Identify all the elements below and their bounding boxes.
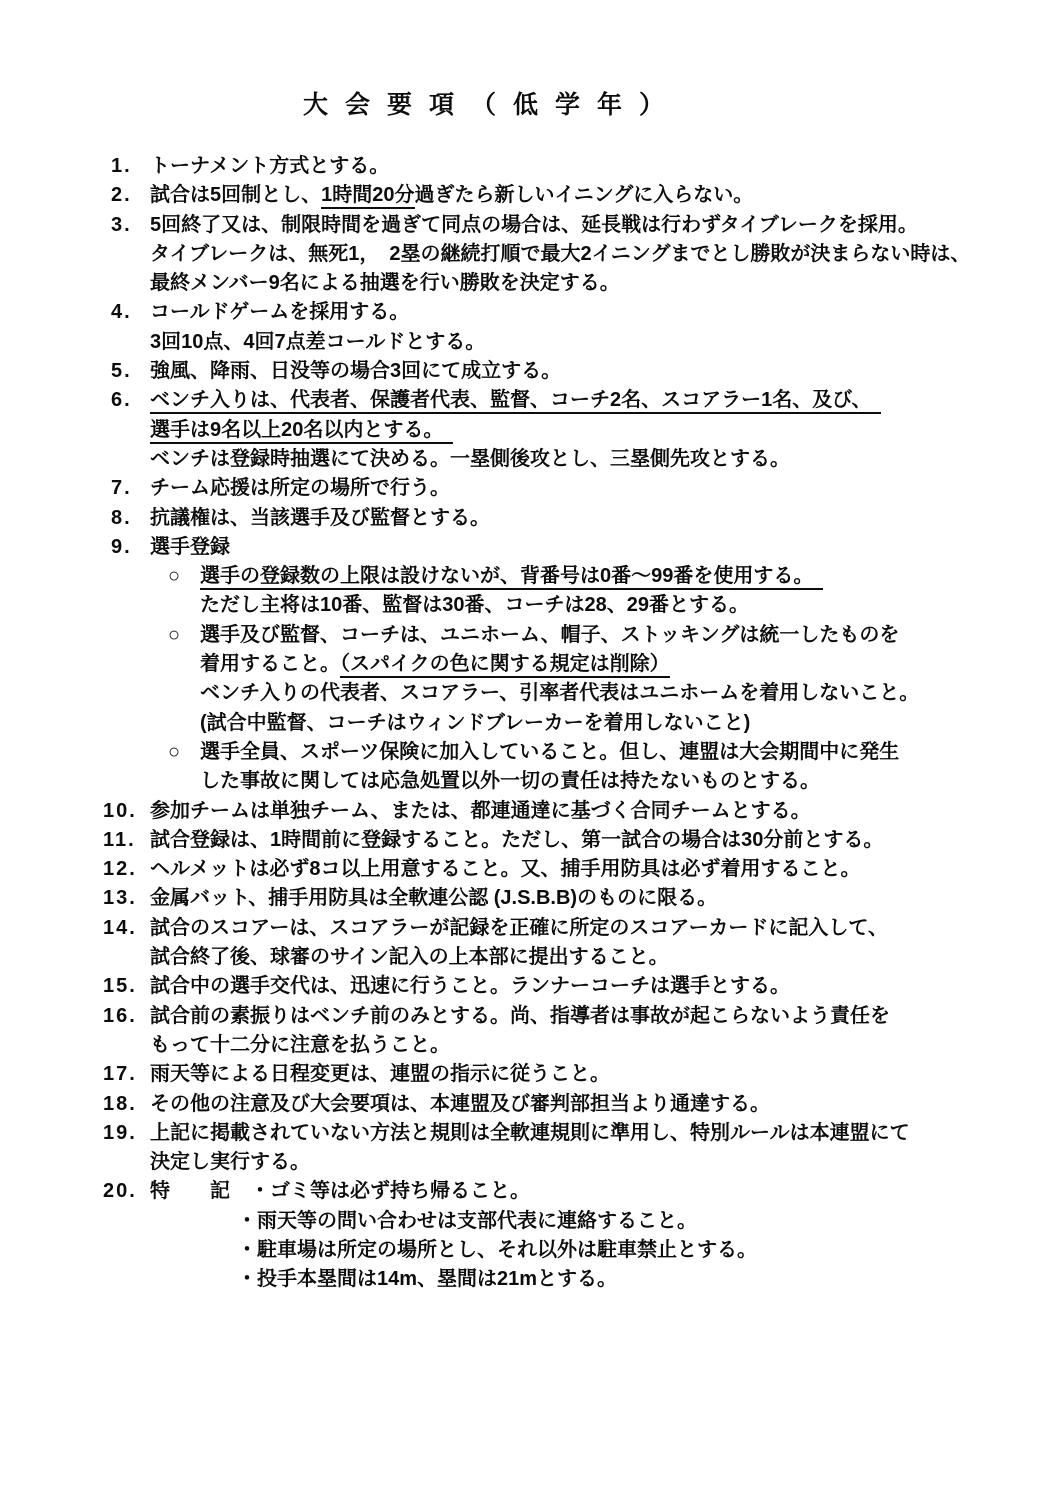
item-number: 16. xyxy=(103,1002,150,1031)
text-segment: 選手全員、スポーツ保険に加入していること。但し、連盟は大会期間中に発生 xyxy=(200,741,899,763)
rule-20-note-2: ・雨天等の問い合わせは支部代表に連絡すること。 xyxy=(0,1207,1058,1236)
line-text: 選手の登録数の上限は設けないが、背番号は0番～99番を使用する。 xyxy=(200,562,823,591)
line-text: 上記に掲載されていない方法と規則は全軟連規則に準用し、特別ルールは本連盟にて xyxy=(150,1119,910,1148)
text-segment: 決定し実行する。 xyxy=(150,1151,310,1173)
rule-20-note-3: ・駐車場は所定の場所とし、それ以外は駐車禁止とする。 xyxy=(0,1236,1058,1265)
line-text: ただし主将は10番、監督は30番、コーチは28、29番とする。 xyxy=(200,591,749,620)
text-segment: 最終メンバー9名による抽選を行い勝敗を決定する。 xyxy=(150,272,620,294)
rule-14: 14.試合のスコアーは、スコアラーが記録を正確に所定のスコアーカードに記入して、 xyxy=(0,914,1058,943)
rule-20: 20.特 記 ・ゴミ等は必ず持ち帰ること。 xyxy=(0,1177,1058,1206)
line-text: 試合中の選手交代は、迅速に行うこと。ランナーコーチは選手とする。 xyxy=(150,972,790,1001)
text-segment: 過ぎたら新しいイニングに入らない。 xyxy=(415,184,754,206)
rule-2: 2.試合は5回制とし、1時間20分過ぎたら新しいイニングに入らない。 xyxy=(0,181,1058,210)
line-text: 試合登録は、1時間前に登録すること。ただし、第一試合の場合は30分前とする。 xyxy=(150,826,883,855)
rule-3-cont-1: タイブレークは、無死1， 2塁の継続打順で最大2イニングまでとし勝敗が決まらない… xyxy=(0,240,1058,269)
line-text: 抗議権は、当該選手及び監督とする。 xyxy=(150,504,490,533)
underlined-text: 1時間20分 xyxy=(321,184,414,209)
line-text: ヘルメットは必ず8コ以上用意すること。又、捕手用防具は必ず着用すること。 xyxy=(150,855,861,884)
rule-14-cont-1: 試合終了後、球審のサイン記入の上本部に提出すること。 xyxy=(0,943,1058,972)
item-number: 6. xyxy=(103,386,150,415)
line-text: 決定し実行する。 xyxy=(150,1148,310,1177)
line-text: もって十二分に注意を払うこと。 xyxy=(150,1031,450,1060)
text-segment: ・投手本塁間は14m、塁間は21mとする。 xyxy=(237,1268,617,1290)
text-segment: タイブレークは、無死1， 2塁の継続打順で最大2イニングまでとし勝敗が決まらない… xyxy=(150,243,970,265)
rule-17: 17.雨天等による日程変更は、連盟の指示に従うこと。 xyxy=(0,1060,1058,1089)
rule-15: 15.試合中の選手交代は、迅速に行うこと。ランナーコーチは選手とする。 xyxy=(0,972,1058,1001)
text-segment: 強風、降雨、日没等の場合3回にて成立する。 xyxy=(150,360,561,382)
line-text: 雨天等による日程変更は、連盟の指示に従うこと。 xyxy=(150,1060,610,1089)
document-page: 大会要項（低学年） 1.トーナメント方式とする。2.試合は5回制とし、1時間20… xyxy=(0,0,1058,1497)
rule-4-cont-1: 3回10点、4回7点差コールドとする。 xyxy=(0,328,1058,357)
text-segment: (試合中監督、コーチはウィンドブレーカーを着用しないこと) xyxy=(200,712,750,734)
line-text: 5回終了又は、制限時間を過ぎて同点の場合は、延長戦は行わずタイブレークを採用。 xyxy=(150,211,918,240)
rule-4: 4.コールドゲームを採用する。 xyxy=(0,298,1058,327)
line-text: (試合中監督、コーチはウィンドブレーカーを着用しないこと) xyxy=(200,709,750,738)
line-text: 選手全員、スポーツ保険に加入していること。但し、連盟は大会期間中に発生 xyxy=(200,738,899,767)
text-segment: 選手及び監督、コーチは、ユニホーム、帽子、ストッキングは統一したものを xyxy=(200,624,899,646)
rule-9-sub-2-cont-2: ベンチ入りの代表者、スコアラー、引率者代表はユニホームを着用しないこと。 xyxy=(0,679,1058,708)
circle-marker: ○ xyxy=(168,562,200,591)
text-segment: ヘルメットは必ず8コ以上用意すること。又、捕手用防具は必ず着用すること。 xyxy=(150,858,861,880)
page-title: 大会要項（低学年） xyxy=(0,88,1058,122)
rule-7: 7.チーム応援は所定の場所で行う。 xyxy=(0,474,1058,503)
rule-20-note-4: ・投手本塁間は14m、塁間は21mとする。 xyxy=(0,1265,1058,1294)
text-segment: 3回10点、4回7点差コールドとする。 xyxy=(150,331,485,353)
rule-3-cont-2: 最終メンバー9名による抽選を行い勝敗を決定する。 xyxy=(0,269,1058,298)
item-number: 20. xyxy=(103,1177,150,1206)
item-number: 10. xyxy=(103,797,150,826)
text-segment: 特 記 ・ゴミ等は必ず持ち帰ること。 xyxy=(150,1180,530,1202)
line-text: タイブレークは、無死1， 2塁の継続打順で最大2イニングまでとし勝敗が決まらない… xyxy=(150,240,970,269)
line-text: 強風、降雨、日没等の場合3回にて成立する。 xyxy=(150,357,561,386)
line-text: ・駐車場は所定の場所とし、それ以外は駐車禁止とする。 xyxy=(237,1236,757,1265)
text-segment: 参加チームは単独チーム、または、都連通達に基づく合同チームとする。 xyxy=(150,800,811,822)
item-number: 14. xyxy=(103,914,150,943)
text-segment: 抗議権は、当該選手及び監督とする。 xyxy=(150,507,490,529)
document-body: 1.トーナメント方式とする。2.試合は5回制とし、1時間20分過ぎたら新しいイニ… xyxy=(0,152,1058,1295)
line-text: ベンチ入りは、代表者、保護者代表、監督、コーチ2名、スコアラー1名、及び、 xyxy=(150,386,881,415)
rule-9-sub-2-cont-1: 着用すること。（スパイクの色に関する規定は削除） xyxy=(0,650,1058,679)
text-segment: 試合のスコアーは、スコアラーが記録を正確に所定のスコアーカードに記入して、 xyxy=(150,917,888,939)
item-number: 8. xyxy=(103,504,150,533)
text-segment: ベンチ入りの代表者、スコアラー、引率者代表はユニホームを着用しないこと。 xyxy=(200,682,919,704)
rule-16: 16.試合前の素振りはベンチ前のみとする。尚、指導者は事故が起こらないよう責任を xyxy=(0,1002,1058,1031)
text-segment: 試合中の選手交代は、迅速に行うこと。ランナーコーチは選手とする。 xyxy=(150,975,790,997)
rule-11: 11.試合登録は、1時間前に登録すること。ただし、第一試合の場合は30分前とする… xyxy=(0,826,1058,855)
rule-6-cont-1: 選手は9名以上20名以内とする。 xyxy=(0,416,1058,445)
line-text: チーム応援は所定の場所で行う。 xyxy=(150,474,450,503)
item-number: 13. xyxy=(103,884,150,913)
text-segment: ・駐車場は所定の場所とし、それ以外は駐車禁止とする。 xyxy=(237,1239,757,1261)
line-text: 選手登録 xyxy=(150,533,230,562)
item-number: 2. xyxy=(103,181,150,210)
underlined-text: ベンチ入りは、代表者、保護者代表、監督、コーチ2名、スコアラー1名、及び、 xyxy=(150,389,881,414)
line-text: 試合前の素振りはベンチ前のみとする。尚、指導者は事故が起こらないよう責任を xyxy=(150,1002,890,1031)
rule-6-cont-2: ベンチは登録時抽選にて決める。一塁側後攻とし、三塁側先攻とする。 xyxy=(0,445,1058,474)
text-segment: ・雨天等の問い合わせは支部代表に連絡すること。 xyxy=(237,1210,697,1232)
rule-9-sub-3-cont: した事故に関しては応急処置以外一切の責任は持たないものとする。 xyxy=(0,767,1058,796)
rule-16-cont-1: もって十二分に注意を払うこと。 xyxy=(0,1031,1058,1060)
item-number: 5. xyxy=(103,357,150,386)
circle-marker: ○ xyxy=(168,738,200,767)
item-number: 17. xyxy=(103,1060,150,1089)
item-number: 18. xyxy=(103,1090,150,1119)
rule-9-sub-1: ○選手の登録数の上限は設けないが、背番号は0番～99番を使用する。 xyxy=(0,562,1058,591)
underlined-text: （スパイクの色に関する規定は削除） xyxy=(340,653,670,678)
rule-9-sub-1-cont: ただし主将は10番、監督は30番、コーチは28、29番とする。 xyxy=(0,591,1058,620)
rule-12: 12.ヘルメットは必ず8コ以上用意すること。又、捕手用防具は必ず着用すること。 xyxy=(0,855,1058,884)
text-segment: 選手登録 xyxy=(150,536,230,558)
line-text: ・雨天等の問い合わせは支部代表に連絡すること。 xyxy=(237,1207,697,1236)
text-segment: チーム応援は所定の場所で行う。 xyxy=(150,477,450,499)
item-number: 12. xyxy=(103,855,150,884)
rule-9-sub-2-cont-3: (試合中監督、コーチはウィンドブレーカーを着用しないこと) xyxy=(0,709,1058,738)
rule-8: 8.抗議権は、当該選手及び監督とする。 xyxy=(0,504,1058,533)
text-segment: コールドゲームを採用する。 xyxy=(150,301,409,323)
line-text: 最終メンバー9名による抽選を行い勝敗を決定する。 xyxy=(150,269,620,298)
line-text: 着用すること。（スパイクの色に関する規定は削除） xyxy=(200,650,670,679)
item-number: 11. xyxy=(103,826,150,855)
line-text: 3回10点、4回7点差コールドとする。 xyxy=(150,328,485,357)
text-segment: 試合は5回制とし、 xyxy=(150,184,321,206)
rule-10: 10.参加チームは単独チーム、または、都連通達に基づく合同チームとする。 xyxy=(0,797,1058,826)
text-segment: 上記に掲載されていない方法と規則は全軟連規則に準用し、特別ルールは本連盟にて xyxy=(150,1122,910,1144)
line-text: その他の注意及び大会要項は、本連盟及び審判部担当より通達する。 xyxy=(150,1090,770,1119)
rule-9-sub-2: ○選手及び監督、コーチは、ユニホーム、帽子、ストッキングは統一したものを xyxy=(0,621,1058,650)
line-text: 試合終了後、球審のサイン記入の上本部に提出すること。 xyxy=(150,943,669,972)
rule-9: 9.選手登録 xyxy=(0,533,1058,562)
line-text: 試合は5回制とし、1時間20分過ぎたら新しいイニングに入らない。 xyxy=(150,181,753,210)
text-segment: もって十二分に注意を払うこと。 xyxy=(150,1034,450,1056)
text-segment: その他の注意及び大会要項は、本連盟及び審判部担当より通達する。 xyxy=(150,1093,770,1115)
item-number: 9. xyxy=(103,533,150,562)
line-text: 試合のスコアーは、スコアラーが記録を正確に所定のスコアーカードに記入して、 xyxy=(150,914,888,943)
text-segment: ベンチは登録時抽選にて決める。一塁側後攻とし、三塁側先攻とする。 xyxy=(150,448,790,470)
item-number: 7. xyxy=(103,474,150,503)
text-segment: 試合前の素振りはベンチ前のみとする。尚、指導者は事故が起こらないよう責任を xyxy=(150,1005,890,1027)
line-text: ベンチは登録時抽選にて決める。一塁側後攻とし、三塁側先攻とする。 xyxy=(150,445,790,474)
line-text: 参加チームは単独チーム、または、都連通達に基づく合同チームとする。 xyxy=(150,797,811,826)
rule-13: 13.金属バット、捕手用防具は全軟連公認 (J.S.B.B)のものに限る。 xyxy=(0,884,1058,913)
line-text: ベンチ入りの代表者、スコアラー、引率者代表はユニホームを着用しないこと。 xyxy=(200,679,919,708)
item-number: 15. xyxy=(103,972,150,1001)
rule-9-sub-3: ○選手全員、スポーツ保険に加入していること。但し、連盟は大会期間中に発生 xyxy=(0,738,1058,767)
text-segment: 試合登録は、1時間前に登録すること。ただし、第一試合の場合は30分前とする。 xyxy=(150,829,883,851)
item-number: 4. xyxy=(103,298,150,327)
rule-1: 1.トーナメント方式とする。 xyxy=(0,152,1058,181)
rule-18: 18.その他の注意及び大会要項は、本連盟及び審判部担当より通達する。 xyxy=(0,1090,1058,1119)
line-text: 金属バット、捕手用防具は全軟連公認 (J.S.B.B)のものに限る。 xyxy=(150,884,717,913)
line-text: 選手は9名以上20名以内とする。 xyxy=(150,416,453,445)
text-segment: 試合終了後、球審のサイン記入の上本部に提出すること。 xyxy=(150,946,669,968)
circle-marker: ○ xyxy=(168,621,200,650)
rule-6: 6.ベンチ入りは、代表者、保護者代表、監督、コーチ2名、スコアラー1名、及び、 xyxy=(0,386,1058,415)
text-segment: 5回終了又は、制限時間を過ぎて同点の場合は、延長戦は行わずタイブレークを採用。 xyxy=(150,214,918,236)
text-segment: ただし主将は10番、監督は30番、コーチは28、29番とする。 xyxy=(200,594,749,616)
rule-3: 3.5回終了又は、制限時間を過ぎて同点の場合は、延長戦は行わずタイブレークを採用… xyxy=(0,211,1058,240)
text-segment: 金属バット、捕手用防具は全軟連公認 (J.S.B.B)のものに限る。 xyxy=(150,887,717,909)
text-segment: した事故に関しては応急処置以外一切の責任は持たないものとする。 xyxy=(200,770,820,792)
rule-5: 5.強風、降雨、日没等の場合3回にて成立する。 xyxy=(0,357,1058,386)
line-text: ・投手本塁間は14m、塁間は21mとする。 xyxy=(237,1265,617,1294)
line-text: トーナメント方式とする。 xyxy=(150,152,389,181)
text-segment: 着用すること。 xyxy=(200,653,340,675)
rule-19-cont-1: 決定し実行する。 xyxy=(0,1148,1058,1177)
line-text: コールドゲームを採用する。 xyxy=(150,298,409,327)
item-number: 1. xyxy=(103,152,150,181)
text-segment: 雨天等による日程変更は、連盟の指示に従うこと。 xyxy=(150,1063,610,1085)
line-text: 選手及び監督、コーチは、ユニホーム、帽子、ストッキングは統一したものを xyxy=(200,621,899,650)
line-text: 特 記 ・ゴミ等は必ず持ち帰ること。 xyxy=(150,1177,530,1206)
rule-19: 19.上記に掲載されていない方法と規則は全軟連規則に準用し、特別ルールは本連盟に… xyxy=(0,1119,1058,1148)
line-text: した事故に関しては応急処置以外一切の責任は持たないものとする。 xyxy=(200,767,820,796)
underlined-text: 選手の登録数の上限は設けないが、背番号は0番～99番を使用する。 xyxy=(200,565,823,590)
text-segment: トーナメント方式とする。 xyxy=(150,155,389,177)
underlined-text: 選手は9名以上20名以内とする。 xyxy=(150,419,453,444)
item-number: 19. xyxy=(103,1119,150,1148)
item-number: 3. xyxy=(103,211,150,240)
